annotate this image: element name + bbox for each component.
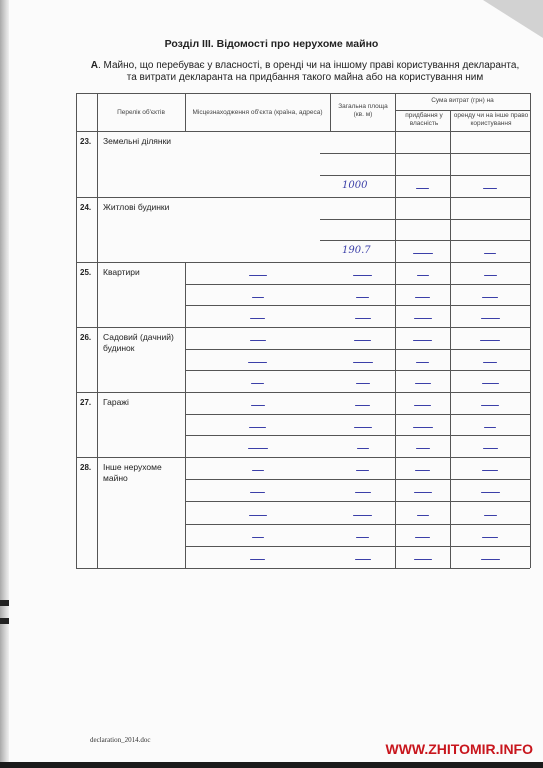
row-number: 28. xyxy=(80,463,91,472)
handwritten-dash-location xyxy=(250,559,265,560)
handwritten-dash-rent xyxy=(481,405,499,406)
handwritten-dash-location xyxy=(251,383,264,384)
header-bottom-rule xyxy=(76,131,530,132)
row-label: Житлові будинки xyxy=(103,202,183,213)
table-border-top xyxy=(76,93,530,94)
footer-filename: declaration_2014.doc xyxy=(90,736,150,744)
handwritten-dash-location xyxy=(252,297,264,298)
handwritten-dash-area xyxy=(356,537,369,538)
handwritten-dash-purchase xyxy=(414,318,432,319)
handwritten-dash-location xyxy=(249,275,267,276)
subrow-rule xyxy=(185,524,530,525)
handwritten-dash-area xyxy=(353,275,372,276)
header-group-rule xyxy=(395,110,530,111)
subsection-text-line1: . Майно, що перебуває у власності, в оре… xyxy=(98,60,519,71)
row-label: Земельні ділянки xyxy=(103,136,183,147)
handwritten-dash-purchase xyxy=(414,559,432,560)
row-rule xyxy=(76,197,530,198)
handwritten-dash-rent xyxy=(482,470,498,471)
handwritten-dash-rent xyxy=(482,297,498,298)
handwritten-dash-purchase xyxy=(413,427,433,428)
number-column-rule xyxy=(97,93,98,568)
subrow-rule xyxy=(320,153,530,154)
handwritten-dash-area xyxy=(353,515,372,516)
handwritten-dash-purchase xyxy=(416,448,430,449)
table-border-left xyxy=(76,93,77,568)
handwritten-dash-rent xyxy=(483,448,498,449)
handwritten-dash-location xyxy=(252,537,264,538)
header-rule xyxy=(185,93,186,131)
row-label: Інше нерухоме майно xyxy=(103,462,183,484)
handwritten-dash-purchase xyxy=(415,383,431,384)
row-rule xyxy=(76,457,530,458)
row-number: 23. xyxy=(80,137,91,146)
scan-edge-mark xyxy=(0,618,9,624)
subrow-rule xyxy=(185,305,530,306)
area-column-rule xyxy=(395,93,396,568)
subrow-rule xyxy=(185,546,530,547)
handwritten-dash-location xyxy=(248,362,267,363)
subrow-rule xyxy=(185,370,530,371)
handwritten-dash-rent xyxy=(484,275,497,276)
handwritten-dash-purchase xyxy=(416,188,429,189)
scan-bottom-edge xyxy=(0,762,543,768)
handwritten-dash-area xyxy=(353,362,373,363)
handwritten-dash-area xyxy=(354,427,372,428)
table-border-bottom xyxy=(76,568,530,569)
subrow-rule xyxy=(185,501,530,502)
location-column-rule xyxy=(185,262,186,327)
header-objects: Перелік об'єктів xyxy=(97,109,185,117)
header-rent: оренду чи на інше право користування xyxy=(452,112,530,128)
handwritten-dash-purchase xyxy=(413,253,433,254)
row-label: Гаражі xyxy=(103,397,183,408)
subrow-rule xyxy=(185,349,530,350)
handwritten-dash-location xyxy=(249,515,267,516)
handwritten-dash-area xyxy=(355,559,371,560)
subsection-letter: А xyxy=(91,60,98,71)
handwritten-dash-area xyxy=(355,318,371,319)
location-column-rule xyxy=(185,327,186,392)
handwritten-dash-purchase xyxy=(413,340,432,341)
subrow-rule xyxy=(320,240,530,241)
handwritten-dash-rent xyxy=(484,515,497,516)
handwritten-dash-rent xyxy=(484,253,496,254)
table-border-right xyxy=(530,93,531,568)
subrow-rule xyxy=(185,284,530,285)
handwritten-dash-purchase xyxy=(416,362,429,363)
handwritten-dash-location xyxy=(250,492,265,493)
header-expenses-group: Сума витрат (грн) на xyxy=(395,97,530,105)
handwritten-dash-rent xyxy=(480,340,500,341)
handwritten-dash-location xyxy=(248,448,268,449)
header-rule xyxy=(330,93,331,131)
handwritten-dash-area xyxy=(356,383,370,384)
handwritten-dash-location xyxy=(249,427,266,428)
handwritten-value-area: 190.7 xyxy=(342,245,371,256)
handwritten-dash-rent xyxy=(482,537,498,538)
subrow-rule xyxy=(320,175,530,176)
row-number: 25. xyxy=(80,268,91,277)
subrow-rule xyxy=(185,435,530,436)
row-rule xyxy=(76,262,530,263)
handwritten-dash-purchase xyxy=(417,515,429,516)
row-label: Садовий (дачний) будинок xyxy=(103,332,183,354)
location-column-rule xyxy=(185,457,186,568)
row-number: 26. xyxy=(80,333,91,342)
handwritten-dash-location xyxy=(251,405,265,406)
subrow-rule xyxy=(185,479,530,480)
handwritten-dash-area xyxy=(354,340,371,341)
handwritten-dash-location xyxy=(250,318,265,319)
subrow-rule xyxy=(320,219,530,220)
location-column-rule xyxy=(185,392,186,457)
handwritten-dash-rent xyxy=(481,318,500,319)
handwritten-dash-purchase xyxy=(414,492,432,493)
handwritten-dash-rent xyxy=(483,362,497,363)
row-rule xyxy=(76,327,530,328)
subrow-rule xyxy=(185,414,530,415)
header-location: Місцезнаходження об'єкта (країна, адреса… xyxy=(185,109,330,117)
handwritten-dash-area xyxy=(355,492,371,493)
row-rule xyxy=(76,392,530,393)
section-title: Розділ III. Відомості про нерухоме майно xyxy=(0,38,543,50)
handwritten-dash-location xyxy=(252,470,264,471)
handwritten-dash-purchase xyxy=(414,405,431,406)
handwritten-dash-purchase xyxy=(415,297,430,298)
handwritten-dash-area xyxy=(356,297,369,298)
handwritten-dash-purchase xyxy=(415,470,430,471)
handwritten-dash-area xyxy=(357,448,369,449)
page-corner-fold xyxy=(483,0,543,38)
handwritten-dash-purchase xyxy=(415,537,430,538)
handwritten-dash-rent xyxy=(484,427,496,428)
row-number: 27. xyxy=(80,398,91,407)
header-area: Загальна площа (кв. м) xyxy=(334,103,392,119)
site-watermark: WWW.ZHITOMIR.INFO xyxy=(386,741,534,757)
header-purchase: придбання у власність xyxy=(398,112,450,128)
row-number: 24. xyxy=(80,203,91,212)
scan-left-edge xyxy=(0,0,9,768)
handwritten-dash-rent xyxy=(482,383,499,384)
handwritten-dash-area xyxy=(355,405,370,406)
scan-edge-mark xyxy=(0,600,9,606)
real-estate-table: Перелік об'єктів Місцезнаходження об'єкт… xyxy=(76,93,530,568)
handwritten-dash-rent xyxy=(481,492,500,493)
subsection-heading: А. Майно, що перебуває у власності, в ор… xyxy=(80,60,530,84)
subsection-text-line2: та витрати декларанта на придбання таког… xyxy=(127,72,484,83)
row-label: Квартири xyxy=(103,267,183,278)
handwritten-dash-purchase xyxy=(417,275,429,276)
purchase-column-rule xyxy=(450,110,451,568)
handwritten-dash-rent xyxy=(483,188,497,189)
handwritten-dash-area xyxy=(356,470,369,471)
handwritten-dash-rent xyxy=(481,559,500,560)
handwritten-dash-location xyxy=(250,340,266,341)
handwritten-value-area: 1000 xyxy=(342,180,367,191)
